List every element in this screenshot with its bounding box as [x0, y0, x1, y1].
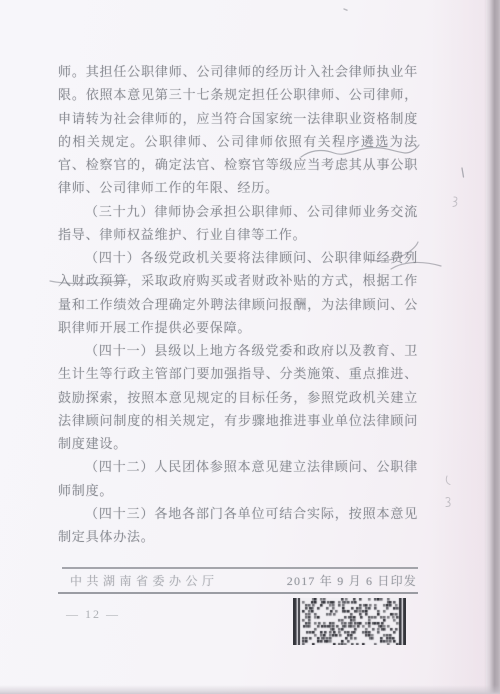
text-line: 制度建设。	[58, 432, 418, 455]
scan-edge-bottom	[0, 685, 500, 694]
footer-rule-top	[62, 567, 418, 569]
text-line: （四十一）县级以上地方各级党委和政府以及教育、卫	[58, 339, 418, 362]
text-line: 师。其担任公职律师、公司律师的经历计入社会律师执业年	[58, 60, 418, 83]
footer-issuer: 中共湖南省委办公厅	[70, 572, 219, 590]
text-line: 师制度。	[58, 479, 418, 502]
document-body: 师。其担任公职律师、公司律师的经历计入社会律师执业年限。依照本意见第三十七条规定…	[58, 60, 418, 548]
text-line: 鼓励探索，按照本意见规定的目标任务，参照党政机关建立	[58, 386, 418, 409]
scan-edge-right	[484, 0, 500, 694]
text-line: （四十二）人民团体参照本意见建立法律顾问、公职律	[58, 455, 418, 478]
text-line: 生计生等行政主管部门要加强指导、分类施策、重点推进、	[58, 362, 418, 385]
text-line: （四十三）各地各部门各单位可结合实际，按照本意见	[58, 502, 418, 525]
text-line: 律师、公司律师工作的年限、经历。	[58, 176, 418, 199]
text-line: 申请转为社会律师的，应当符合国家统一法律职业资格制度	[58, 107, 418, 130]
text-line: 入财政预算，采取政府购买或者财政补贴的方式，根据工作	[58, 269, 418, 292]
text-line: 法律顾问制度的相关规定，有步骤地推进事业单位法律顾问	[58, 409, 418, 432]
page-number: — 12 —	[66, 605, 120, 623]
text-line: 量和工作绩效合理确定外聘法律顾问报酬，为法律顾问、公	[58, 293, 418, 316]
footer-print-date: 2017 年 9 月 6 日印发	[287, 572, 417, 590]
text-line: 限。依照本意见第三十七条规定担任公职律师、公司律师，	[58, 83, 418, 106]
text-line: （四十）各级党政机关要将法律顾问、公职律师经费列	[58, 246, 418, 269]
text-line: 指导、律师权益维护、行业自律等工作。	[58, 223, 418, 246]
barcode	[293, 598, 406, 645]
speck-top-right	[344, 9, 347, 10]
text-line: 的相关规定。公职律师、公司律师依照有关程序遴选为法	[58, 130, 418, 153]
scan-pink-tint	[431, 0, 486, 694]
footer-rule-bottom	[58, 592, 418, 594]
scanned-document-page: 师。其担任公职律师、公司律师的经历计入社会律师执业年限。依照本意见第三十七条规定…	[0, 0, 500, 694]
text-line: 官、检察官的，确定法官、检察官等级应当考虑其从事公职	[58, 153, 418, 176]
text-line: 制定具体办法。	[58, 525, 418, 548]
text-line: 职律师开展工作提供必要保障。	[58, 316, 418, 339]
text-line: （三十九）律师协会承担公职律师、公司律师业务交流	[58, 200, 418, 223]
